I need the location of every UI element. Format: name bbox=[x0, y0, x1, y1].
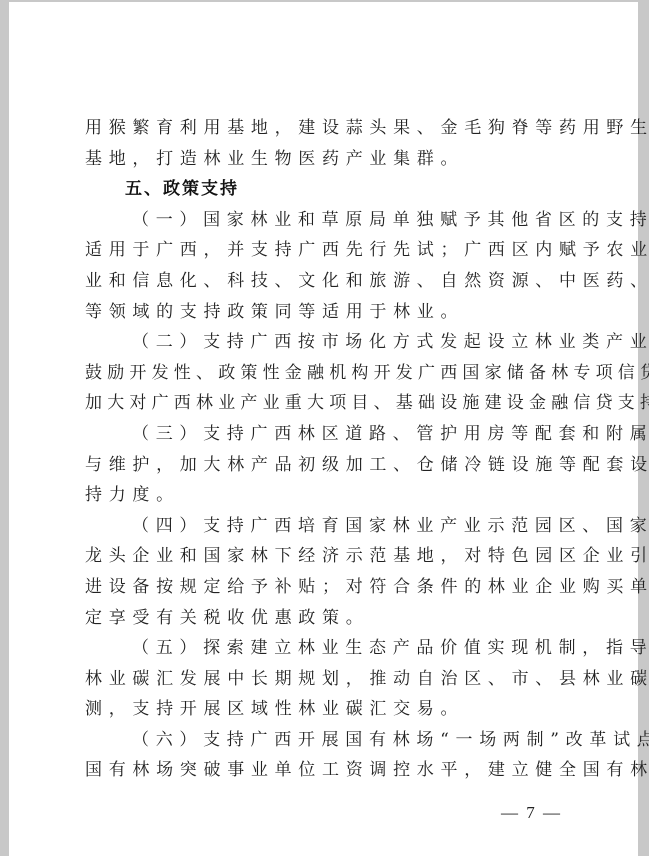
page-body: 用猴繁育利用基地，建设蒜头果、金毛狗脊等药用野生植物培育 基地，打造林业生物医药… bbox=[85, 113, 575, 786]
paragraph-line: （四）支持广西培育国家林业产业示范园区、国家林业重点 bbox=[85, 511, 575, 542]
paragraph-line: 业和信息化、科技、文化和旅游、自然资源、中医药、交通运输 bbox=[85, 266, 575, 297]
paragraph-line: 加大对广西林业产业重大项目、基础设施建设金融信贷支持力度。 bbox=[85, 388, 575, 419]
paragraph-line: 龙头企业和国家林下经济示范基地，对特色园区企业引进关键先 bbox=[85, 541, 575, 572]
paragraph-line: 与维护，加大林产品初级加工、仓储冷链设施等配套设施建设支 bbox=[85, 450, 575, 481]
paragraph-line: 等领域的支持政策同等适用于林业。 bbox=[85, 297, 575, 328]
paragraph-line: （一）国家林业和草原局单独赋予其他省区的支持政策同等 bbox=[85, 205, 575, 236]
document-page: 用猴繁育利用基地，建设蒜头果、金毛狗脊等药用野生植物培育 基地，打造林业生物医药… bbox=[9, 2, 638, 856]
paragraph-line: （六）支持广西开展国有林场“一场两制”改革试点。允许 bbox=[85, 725, 575, 756]
paragraph-line: 测，支持开展区域性林业碳汇交易。 bbox=[85, 694, 575, 725]
paragraph-line: （三）支持广西林区道路、管护用房等配套和附属工程建设 bbox=[85, 419, 575, 450]
paragraph-line: 用猴繁育利用基地，建设蒜头果、金毛狗脊等药用野生植物培育 bbox=[85, 113, 575, 144]
paragraph-line: 定享受有关税收优惠政策。 bbox=[85, 603, 575, 634]
section-heading: 五、政策支持 bbox=[85, 174, 575, 205]
paragraph-line: （五）探索建立林业生态产品价值实现机制，指导广西编制 bbox=[85, 633, 575, 664]
paragraph-line: 鼓励开发性、政策性金融机构开发广西国家储备林专项信贷产品， bbox=[85, 358, 575, 389]
paragraph-line: 进设备按规定给予补贴；对符合条件的林业企业购买单板等按规 bbox=[85, 572, 575, 603]
paragraph-line: （二）支持广西按市场化方式发起设立林业类产业投资基金， bbox=[85, 327, 575, 358]
paragraph-line: 适用于广西，并支持广西先行先试；广西区内赋予农业农村、工 bbox=[85, 235, 575, 266]
paragraph-line: 林业碳汇发展中长期规划，推动自治区、市、县林业碳汇计量监 bbox=[85, 664, 575, 695]
page-number: — 7 — bbox=[501, 803, 562, 823]
paragraph-line: 基地，打造林业生物医药产业集群。 bbox=[85, 144, 575, 175]
paragraph-line: 国有林场突破事业单位工资调控水平，建立健全国有林场经营利 bbox=[85, 755, 575, 786]
paragraph-line: 持力度。 bbox=[85, 480, 575, 511]
